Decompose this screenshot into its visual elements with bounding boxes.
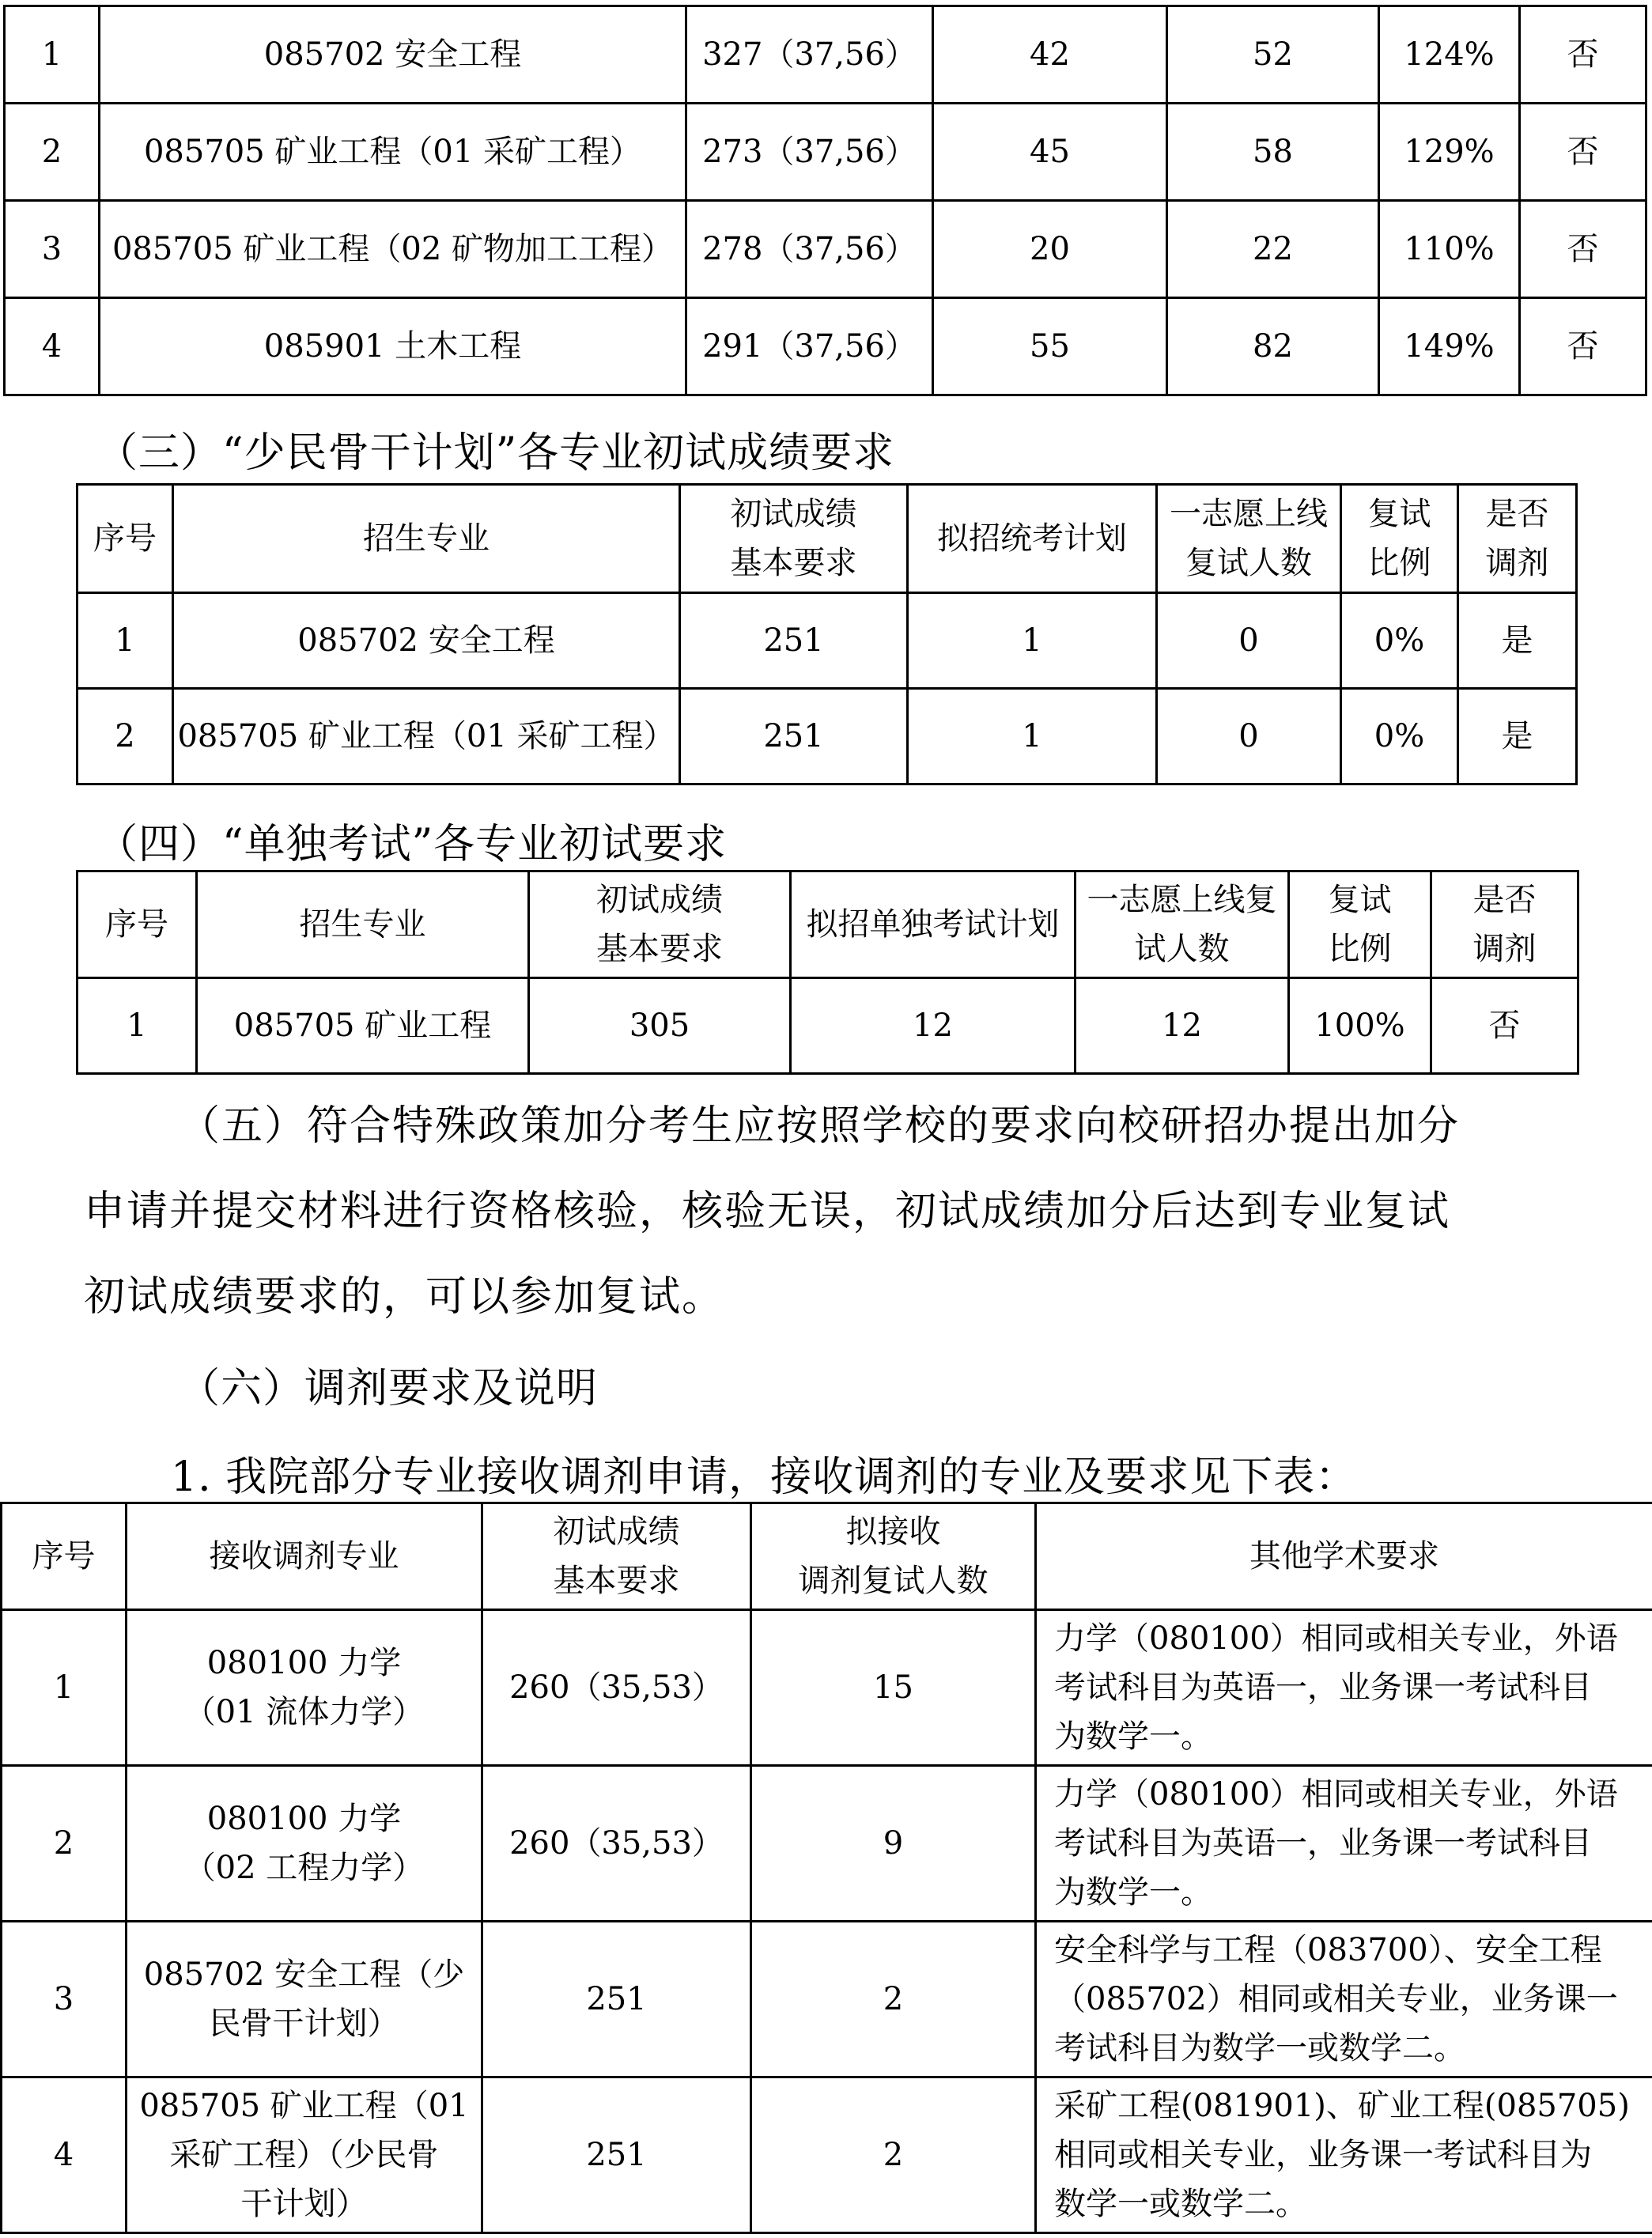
section-3-heading: （三）“少民骨干计划”各专业初试成绩要求 bbox=[96, 419, 894, 478]
header-major: 接收调剂专业 bbox=[127, 1503, 482, 1610]
cell-score: 327（37,56） bbox=[686, 6, 933, 104]
paragraph-line: 初试成绩要求的，可以参加复试。 bbox=[84, 1254, 1586, 1340]
cell-no: 3 bbox=[2, 1922, 127, 2077]
header-requirements: 其他学术要求 bbox=[1036, 1503, 1652, 1610]
cell-score: 251 bbox=[680, 593, 908, 689]
cell-score: 251 bbox=[680, 689, 908, 784]
header-ratio: 复试 比例 bbox=[1289, 871, 1431, 978]
cell-score: 305 bbox=[529, 978, 791, 1074]
cell-adjust: 否 bbox=[1520, 298, 1646, 395]
cell-no: 1 bbox=[77, 593, 173, 689]
cell-no: 1 bbox=[77, 978, 197, 1074]
cell-major: 085705 矿业工程 bbox=[197, 978, 529, 1074]
cell-plan: 20 bbox=[933, 201, 1167, 298]
table-header-row: 序号 接收调剂专业 初试成绩 基本要求 拟接收 调剂复试人数 其他学术要求 bbox=[2, 1503, 1652, 1610]
cell-applicants: 0 bbox=[1157, 689, 1341, 784]
cell-plan: 45 bbox=[933, 104, 1167, 201]
cell-score: 251 bbox=[482, 2077, 751, 2233]
cell-adjust: 否 bbox=[1520, 201, 1646, 298]
cell-adjust: 否 bbox=[1520, 6, 1646, 104]
header-no: 序号 bbox=[77, 485, 173, 593]
cell-ratio: 149% bbox=[1379, 298, 1520, 395]
section-4-heading: （四）“单独考试”各专业初试要求 bbox=[96, 811, 727, 870]
cell-count: 2 bbox=[751, 2077, 1036, 2233]
cell-major: 085705 矿业工程（02 矿物加工工程） bbox=[100, 201, 686, 298]
cell-no: 2 bbox=[5, 104, 100, 201]
header-score: 初试成绩 基本要求 bbox=[529, 871, 791, 978]
cell-ratio: 110% bbox=[1379, 201, 1520, 298]
cell-no: 4 bbox=[5, 298, 100, 395]
cell-count: 9 bbox=[751, 1766, 1036, 1922]
header-score: 初试成绩 基本要求 bbox=[482, 1503, 751, 1610]
cell-ratio: 124% bbox=[1379, 6, 1520, 104]
separate-exam-table: 序号 招生专业 初试成绩 基本要求 拟招单独考试计划 一志愿上线复 试人数 复试… bbox=[76, 870, 1579, 1075]
cell-plan: 1 bbox=[908, 593, 1157, 689]
cell-score: 278（37,56） bbox=[686, 201, 933, 298]
table-row: 1 085705 矿业工程 305 12 12 100% 否 bbox=[77, 978, 1578, 1074]
cell-no: 1 bbox=[2, 1610, 127, 1766]
cell-major: 085702 安全工程 bbox=[100, 6, 686, 104]
cell-score: 273（37,56） bbox=[686, 104, 933, 201]
header-no: 序号 bbox=[2, 1503, 127, 1610]
cell-major: 080100 力学 （01 流体力学） bbox=[127, 1610, 482, 1766]
cell-major: 085702 安全工程（少 民骨干计划） bbox=[127, 1922, 482, 2077]
cell-ratio: 0% bbox=[1341, 593, 1458, 689]
cell-count: 15 bbox=[751, 1610, 1036, 1766]
cell-count: 2 bbox=[751, 1922, 1036, 2077]
cell-applicants: 52 bbox=[1167, 6, 1379, 104]
cell-score: 260（35,53） bbox=[482, 1610, 751, 1766]
header-no: 序号 bbox=[77, 871, 197, 978]
paragraph-line: 申请并提交材料进行资格核验，核验无误，初试成绩加分后达到专业复试 bbox=[84, 1169, 1586, 1254]
table-row: 1 080100 力学 （01 流体力学） 260（35,53） 15 力学（0… bbox=[2, 1610, 1652, 1766]
header-count: 拟接收 调剂复试人数 bbox=[751, 1503, 1036, 1610]
table-row: 2 080100 力学 （02 工程力学） 260（35,53） 9 力学（08… bbox=[2, 1766, 1652, 1922]
cell-plan: 1 bbox=[908, 689, 1157, 784]
cell-no: 4 bbox=[2, 2077, 127, 2233]
header-applicants: 一志愿上线 复试人数 bbox=[1157, 485, 1341, 593]
header-major: 招生专业 bbox=[173, 485, 680, 593]
cell-no: 2 bbox=[2, 1766, 127, 1922]
table-row: 4 085705 矿业工程（01 采矿工程）（少民骨 干计划） 251 2 采矿… bbox=[2, 2077, 1652, 2233]
cell-applicants: 22 bbox=[1167, 201, 1379, 298]
table-row: 1 085702 安全工程 327（37,56） 42 52 124% 否 bbox=[5, 6, 1646, 104]
cell-applicants: 58 bbox=[1167, 104, 1379, 201]
cell-score: 260（35,53） bbox=[482, 1766, 751, 1922]
header-plan: 拟招统考计划 bbox=[908, 485, 1157, 593]
header-score: 初试成绩 基本要求 bbox=[680, 485, 908, 593]
table-row: 2 085705 矿业工程（01 采矿工程） 251 1 0 0% 是 bbox=[77, 689, 1577, 784]
cell-major: 085705 矿业工程（01 采矿工程） bbox=[100, 104, 686, 201]
header-applicants: 一志愿上线复 试人数 bbox=[1076, 871, 1289, 978]
cell-plan: 42 bbox=[933, 6, 1167, 104]
table-row: 1 085702 安全工程 251 1 0 0% 是 bbox=[77, 593, 1577, 689]
header-major: 招生专业 bbox=[197, 871, 529, 978]
cell-no: 2 bbox=[77, 689, 173, 784]
quota-table-continued: 1 085702 安全工程 327（37,56） 42 52 124% 否 2 … bbox=[3, 5, 1647, 396]
adjustment-table: 序号 接收调剂专业 初试成绩 基本要求 拟接收 调剂复试人数 其他学术要求 1 … bbox=[0, 1502, 1652, 2234]
section-6-item-1: 1. 我院部分专业接收调剂申请，接收调剂的专业及要求见下表： bbox=[171, 1443, 1357, 1503]
cell-plan: 12 bbox=[791, 978, 1076, 1074]
table-row: 3 085705 矿业工程（02 矿物加工工程） 278（37,56） 20 2… bbox=[5, 201, 1646, 298]
cell-applicants: 82 bbox=[1167, 298, 1379, 395]
cell-major: 080100 力学 （02 工程力学） bbox=[127, 1766, 482, 1922]
cell-applicants: 0 bbox=[1157, 593, 1341, 689]
section-5-paragraph: （五）符合特殊政策加分考生应按照学校的要求向校研招办提出加分 申请并提交材料进行… bbox=[84, 1083, 1586, 1340]
section-6-heading: （六）调剂要求及说明 bbox=[179, 1355, 598, 1414]
cell-score: 291（37,56） bbox=[686, 298, 933, 395]
paragraph-line: （五）符合特殊政策加分考生应按照学校的要求向校研招办提出加分 bbox=[84, 1083, 1586, 1169]
table-row: 2 085705 矿业工程（01 采矿工程） 273（37,56） 45 58 … bbox=[5, 104, 1646, 201]
cell-major: 085705 矿业工程（01 采矿工程）（少民骨 干计划） bbox=[127, 2077, 482, 2233]
cell-adjust: 是 bbox=[1458, 593, 1577, 689]
table-row: 4 085901 土木工程 291（37,56） 55 82 149% 否 bbox=[5, 298, 1646, 395]
header-plan: 拟招单独考试计划 bbox=[791, 871, 1076, 978]
table-header-row: 序号 招生专业 初试成绩 基本要求 拟招单独考试计划 一志愿上线复 试人数 复试… bbox=[77, 871, 1578, 978]
table-row: 3 085702 安全工程（少 民骨干计划） 251 2 安全科学与工程（083… bbox=[2, 1922, 1652, 2077]
cell-applicants: 12 bbox=[1076, 978, 1289, 1074]
minority-plan-table: 序号 招生专业 初试成绩 基本要求 拟招统考计划 一志愿上线 复试人数 复试 比… bbox=[76, 483, 1578, 785]
cell-ratio: 0% bbox=[1341, 689, 1458, 784]
cell-requirements: 力学（080100）相同或相关专业，外语 考试科目为英语一，业务课一考试科目 为… bbox=[1036, 1610, 1652, 1766]
cell-requirements: 采矿工程(081901)、矿业工程(085705) 相同或相关专业，业务课一考试… bbox=[1036, 2077, 1652, 2233]
cell-no: 1 bbox=[5, 6, 100, 104]
cell-adjust: 否 bbox=[1431, 978, 1578, 1074]
header-ratio: 复试 比例 bbox=[1341, 485, 1458, 593]
header-adjust: 是否 调剂 bbox=[1431, 871, 1578, 978]
cell-major: 085702 安全工程 bbox=[173, 593, 680, 689]
cell-ratio: 129% bbox=[1379, 104, 1520, 201]
cell-plan: 55 bbox=[933, 298, 1167, 395]
cell-requirements: 力学（080100）相同或相关专业，外语 考试科目为英语一，业务课一考试科目 为… bbox=[1036, 1766, 1652, 1922]
cell-major: 085901 土木工程 bbox=[100, 298, 686, 395]
table-header-row: 序号 招生专业 初试成绩 基本要求 拟招统考计划 一志愿上线 复试人数 复试 比… bbox=[77, 485, 1577, 593]
header-adjust: 是否 调剂 bbox=[1458, 485, 1577, 593]
cell-major: 085705 矿业工程（01 采矿工程） bbox=[173, 689, 680, 784]
cell-adjust: 否 bbox=[1520, 104, 1646, 201]
cell-score: 251 bbox=[482, 1922, 751, 2077]
cell-requirements: 安全科学与工程（083700）、安全工程 （085702）相同或相关专业，业务课… bbox=[1036, 1922, 1652, 2077]
cell-no: 3 bbox=[5, 201, 100, 298]
cell-adjust: 是 bbox=[1458, 689, 1577, 784]
cell-ratio: 100% bbox=[1289, 978, 1431, 1074]
